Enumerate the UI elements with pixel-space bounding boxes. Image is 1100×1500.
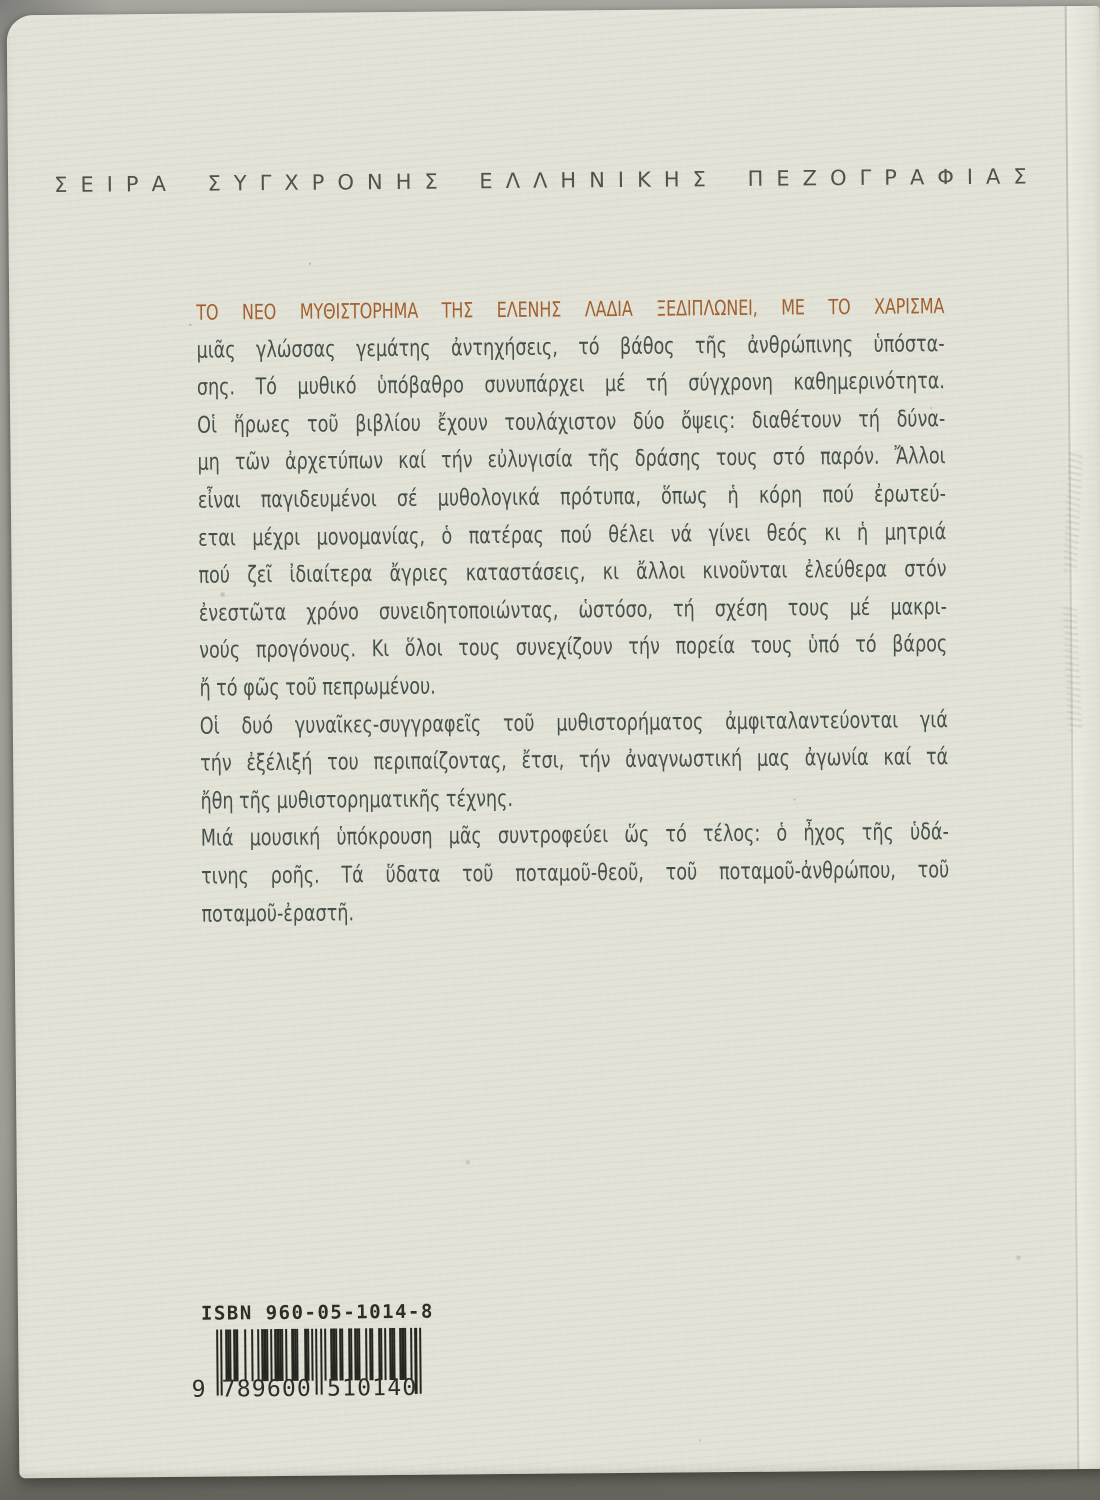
series-title: ΣΕΙΡΑ ΣΥΓΧΡΟΝΗΣ ΕΛΛΗΝΙΚΗΣ ΠΕΖΟΓΡΑΦΙΑΣ bbox=[54, 164, 1040, 197]
blurb-headline: ΤΟ ΝΕΟ ΜΥΘΙΣΤΟΡΗΜΑ ΤΗΣ ΕΛΕΝΗΣ ΛΑΔΙΑ ΞΕΔΙ… bbox=[196, 288, 944, 332]
blurb-line: ἐνεστῶτα χρόνο συνειδητοποιώντας, ὡστόσο… bbox=[199, 589, 947, 633]
isbn-label: ISBN 960-05-1014-8 bbox=[201, 1301, 434, 1325]
book-photo-background: ΣΕΙΡΑ ΣΥΓΧΡΟΝΗΣ ΕΛΛΗΝΙΚΗΣ ΠΕΖΟΓΡΑΦΙΑΣ ΤΟ… bbox=[0, 0, 1100, 1500]
blurb-line: σης. Τό μυθικό ὑπόβαθρο συνυπάρχει μέ τή… bbox=[197, 363, 945, 407]
blurb-line: μιᾶς γλώσσας γεμάτης ἀντηχήσεις, τό βάθο… bbox=[196, 326, 944, 370]
blurb-line: Μιά μουσική ὑπόκρουση μᾶς συντροφεύει ὥς… bbox=[201, 814, 949, 858]
paper-speckles bbox=[309, 263, 311, 265]
blurb-line: τινης ροῆς. Τά ὕδατα τοῦ ποταμοῦ-θεοῦ, τ… bbox=[201, 852, 949, 896]
blurb-line: τήν ἐξέλιξή του περιπαίζοντας, ἔτσι, τήν… bbox=[200, 739, 948, 783]
barcode-digits: 9 789600 510140 bbox=[192, 1375, 418, 1403]
book-back-cover: ΣΕΙΡΑ ΣΥΓΧΡΟΝΗΣ ΕΛΛΗΝΙΚΗΣ ΠΕΖΟΓΡΑΦΙΑΣ ΤΟ… bbox=[7, 6, 1100, 1478]
barcode: 9 789600 510140 bbox=[216, 1328, 427, 1430]
blurb-line: πού ζεῖ ἰδιαίτερα ἄγριες καταστάσεις, κι… bbox=[198, 551, 946, 595]
blurb-line: εται μέχρι μονομανίας, ὁ πατέρας πού θέλ… bbox=[198, 514, 946, 558]
barcode-bar bbox=[419, 1328, 422, 1394]
blurb-line: ποταμοῦ-ἐραστῆ. bbox=[201, 890, 949, 934]
blurb-line: εἶναι παγιδευμένοι σέ μυθολογικά πρότυπα… bbox=[198, 476, 946, 520]
blurb-line: ἤθη τῆς μυθιστορηματικῆς τέχνης. bbox=[200, 777, 948, 821]
blurb-line: μη τῶν ἀρχετύπων καί τήν εὐλυγισία τῆς δ… bbox=[197, 439, 945, 483]
blurb-line: νούς προγόνους. Κι ὅλοι τους συνεχίζουν … bbox=[199, 627, 947, 671]
blurb-line: ἤ τό φῶς τοῦ πεπρωμένου. bbox=[199, 664, 947, 708]
blurb-text-block: ΤΟ ΝΕΟ ΜΥΘΙΣΤΟΡΗΜΑ ΤΗΣ ΕΛΕΝΗΣ ΛΑΔΙΑ ΞΕΔΙ… bbox=[196, 288, 950, 934]
blurb-line: Οἱ δυό γυναῖκες-συγγραφεῖς τοῦ μυθιστορή… bbox=[200, 702, 948, 746]
blurb-line: Οἱ ἥρωες τοῦ βιβλίου ἔχουν τουλάχιστον δ… bbox=[197, 401, 945, 445]
